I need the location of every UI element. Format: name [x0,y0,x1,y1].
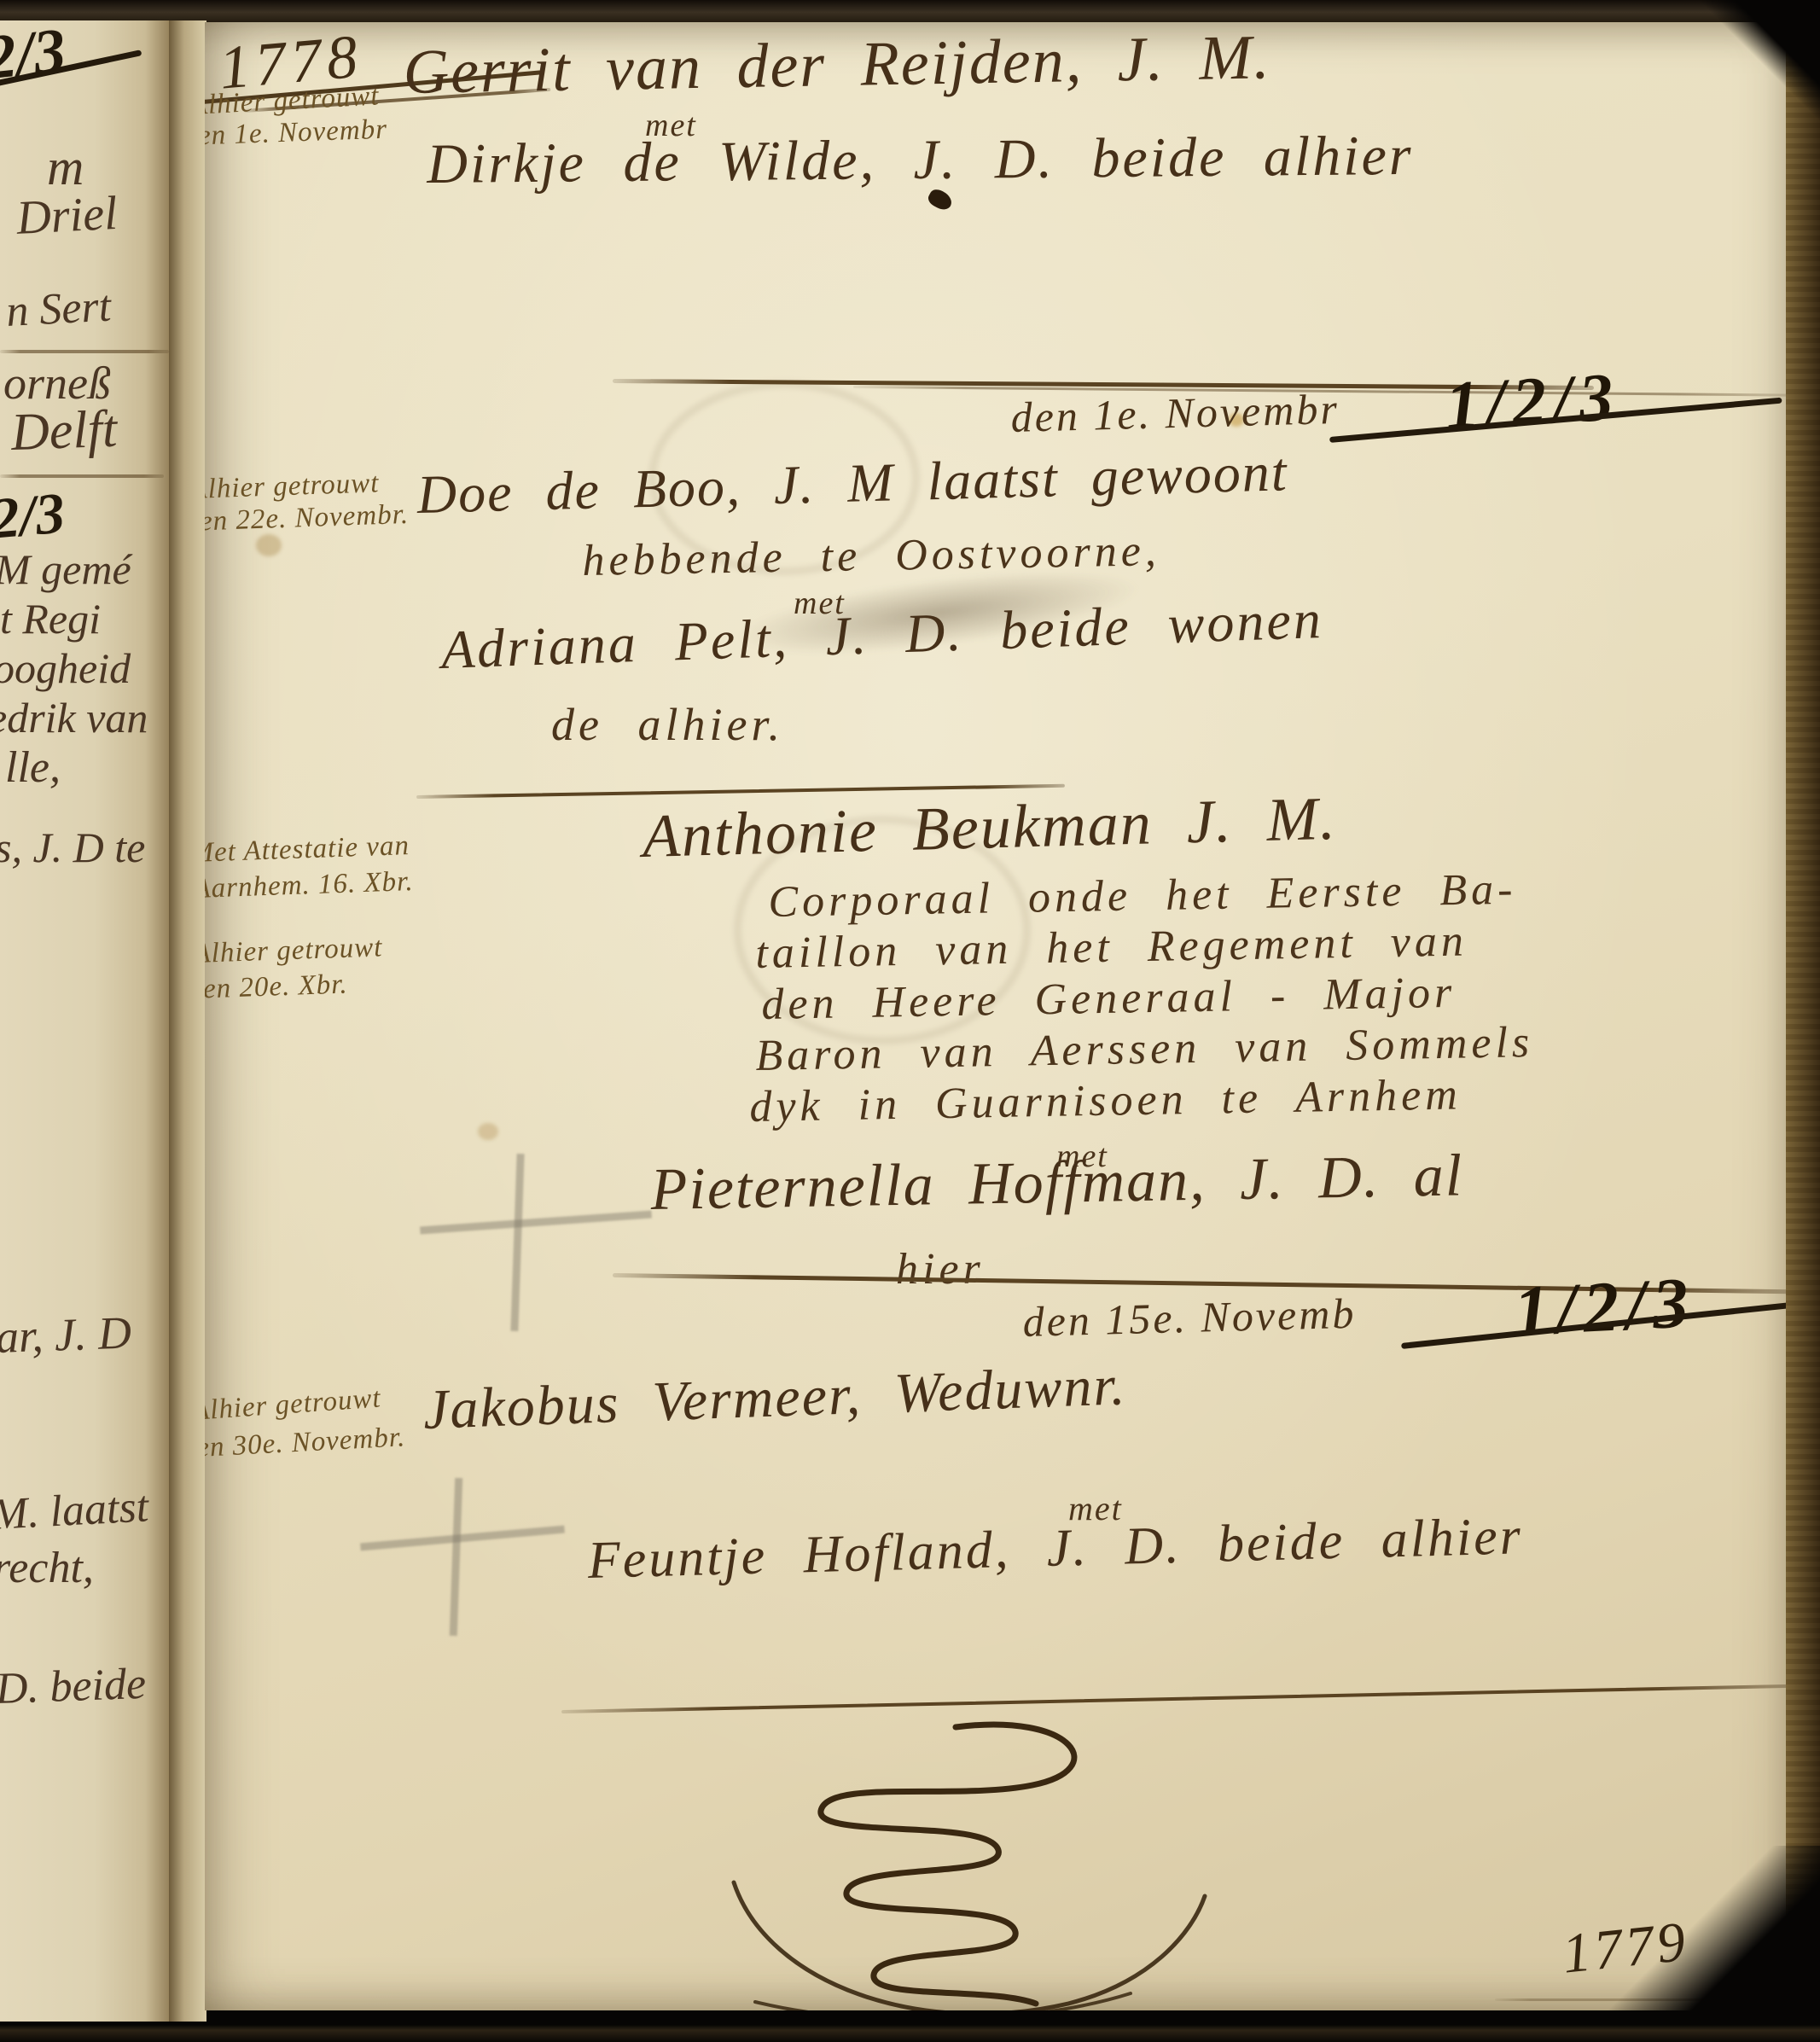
left-page-rule [0,350,169,353]
calligraphic-flourish [674,1720,1220,2010]
closing-rule [561,1684,1790,1713]
entry3-bride-line: Pieternella Hoffman, J. D. al [650,1146,1464,1220]
entry3-margin-note: Met Attestatie van [205,832,410,868]
entry4-margin-note: den 30e. Novembr. [205,1423,406,1463]
left-page-fragment: lle, [5,746,61,790]
left-page-fragment: s, J. D te [0,826,145,869]
entry3-groom-line: Anthonie Beukman J. M. [642,788,1337,867]
register-page-1778: 1778 Alhier getrouwt den 1e. Novembr Ger… [205,22,1790,2010]
book-top-edge [0,0,1820,22]
paper-stain [256,534,282,556]
entry3-military-line: dyk in Guarnisoen te Arnhem [749,1073,1462,1130]
left-page-fragment: m [47,142,84,193]
entry2-margin-note: Alhier getrouwt [205,469,380,504]
paper-stain [478,1123,498,1140]
left-page-fragment: n Sert [5,285,112,335]
left-page-fragment: 2/3 [0,483,67,547]
left-page-fragment: orneß [3,360,111,406]
entry3-margin-note: den 20e. Xbr. [205,970,348,1004]
entry2-bride-line2: de alhier. [551,701,784,748]
book-gutter [169,20,206,2022]
pencil-cross-mark [360,1526,565,1551]
entry3-margin-note: Aarnhem. 16. Xbr. [205,868,414,904]
pencil-cross-mark [420,1211,652,1235]
pencil-cross-mark [450,1478,462,1636]
entry3-bride-line2: hier [896,1248,985,1292]
left-page-fragment: t Regi [0,597,101,640]
background-corner [1701,0,1820,145]
previous-page-edge: /2/3 m Driel n Sert orneß Delft 2/3 M ge… [0,20,171,2022]
left-page-fragment: M. laatst [0,1485,149,1538]
entry3-military-line: taillon van het Regement van [755,919,1468,976]
left-page-fragment: oogheid [0,647,131,689]
entry2-groom-line: Doe de Boo, J. M laatst gewoont [416,445,1288,522]
entry2-bride-line: Adriana Pelt, J. D. beide wonen [440,592,1324,678]
date2-text: den 15e. Novemb [1022,1292,1357,1343]
book-bottom-edge [0,2025,1820,2042]
left-page-fragment: ar, J. D [0,1309,132,1360]
pencil-cross-mark [510,1154,524,1331]
entry3-military-line: Corporaal onde het Eerste Ba- [768,868,1517,925]
left-page-fragment: Driel [15,189,119,242]
date1-text: den 1e. Novembr [1010,387,1340,439]
entry1-groom-line: Gerrit van der Reijden, J. M. [403,26,1271,104]
left-page-fragment: Delft [10,403,118,459]
book-fore-edge [1786,26,1820,1946]
entry1-margin-note: den 1e. Novembr [205,116,388,151]
entry4-groom-line: Jakobus Vermeer, Weduwnr. [422,1358,1127,1439]
date2-struck-numbers: 1/2/3 [1512,1267,1697,1348]
left-page-fragment: edrik van [0,696,148,739]
left-page-fragment: recht, [0,1546,94,1591]
entry3-military-line: Baron van Aerssen van Sommels [755,1021,1534,1079]
entry1-bride-line: Dirkje de Wilde, J. D. beide alhier [427,128,1414,193]
background-corner [1547,1846,1820,2042]
left-page-fragment: M gemé [0,548,131,590]
marriage-register-scan: /2/3 m Driel n Sert orneß Delft 2/3 M ge… [0,0,1820,2042]
entry3-military-line: den Heere Generaal - Major [761,971,1457,1027]
left-page-fragment: D. beide [0,1662,147,1712]
entry4-margin-note: Alhier getrouwt [205,1385,382,1426]
entry2-margin-note: den 22e. Novembr. [205,501,410,537]
entry3-margin-note: Alhier getrouwt [205,934,383,969]
left-page-rule [0,474,164,478]
entry4-bride-line: Feuntje Hofland, J. D. beide alhier [587,1510,1523,1587]
